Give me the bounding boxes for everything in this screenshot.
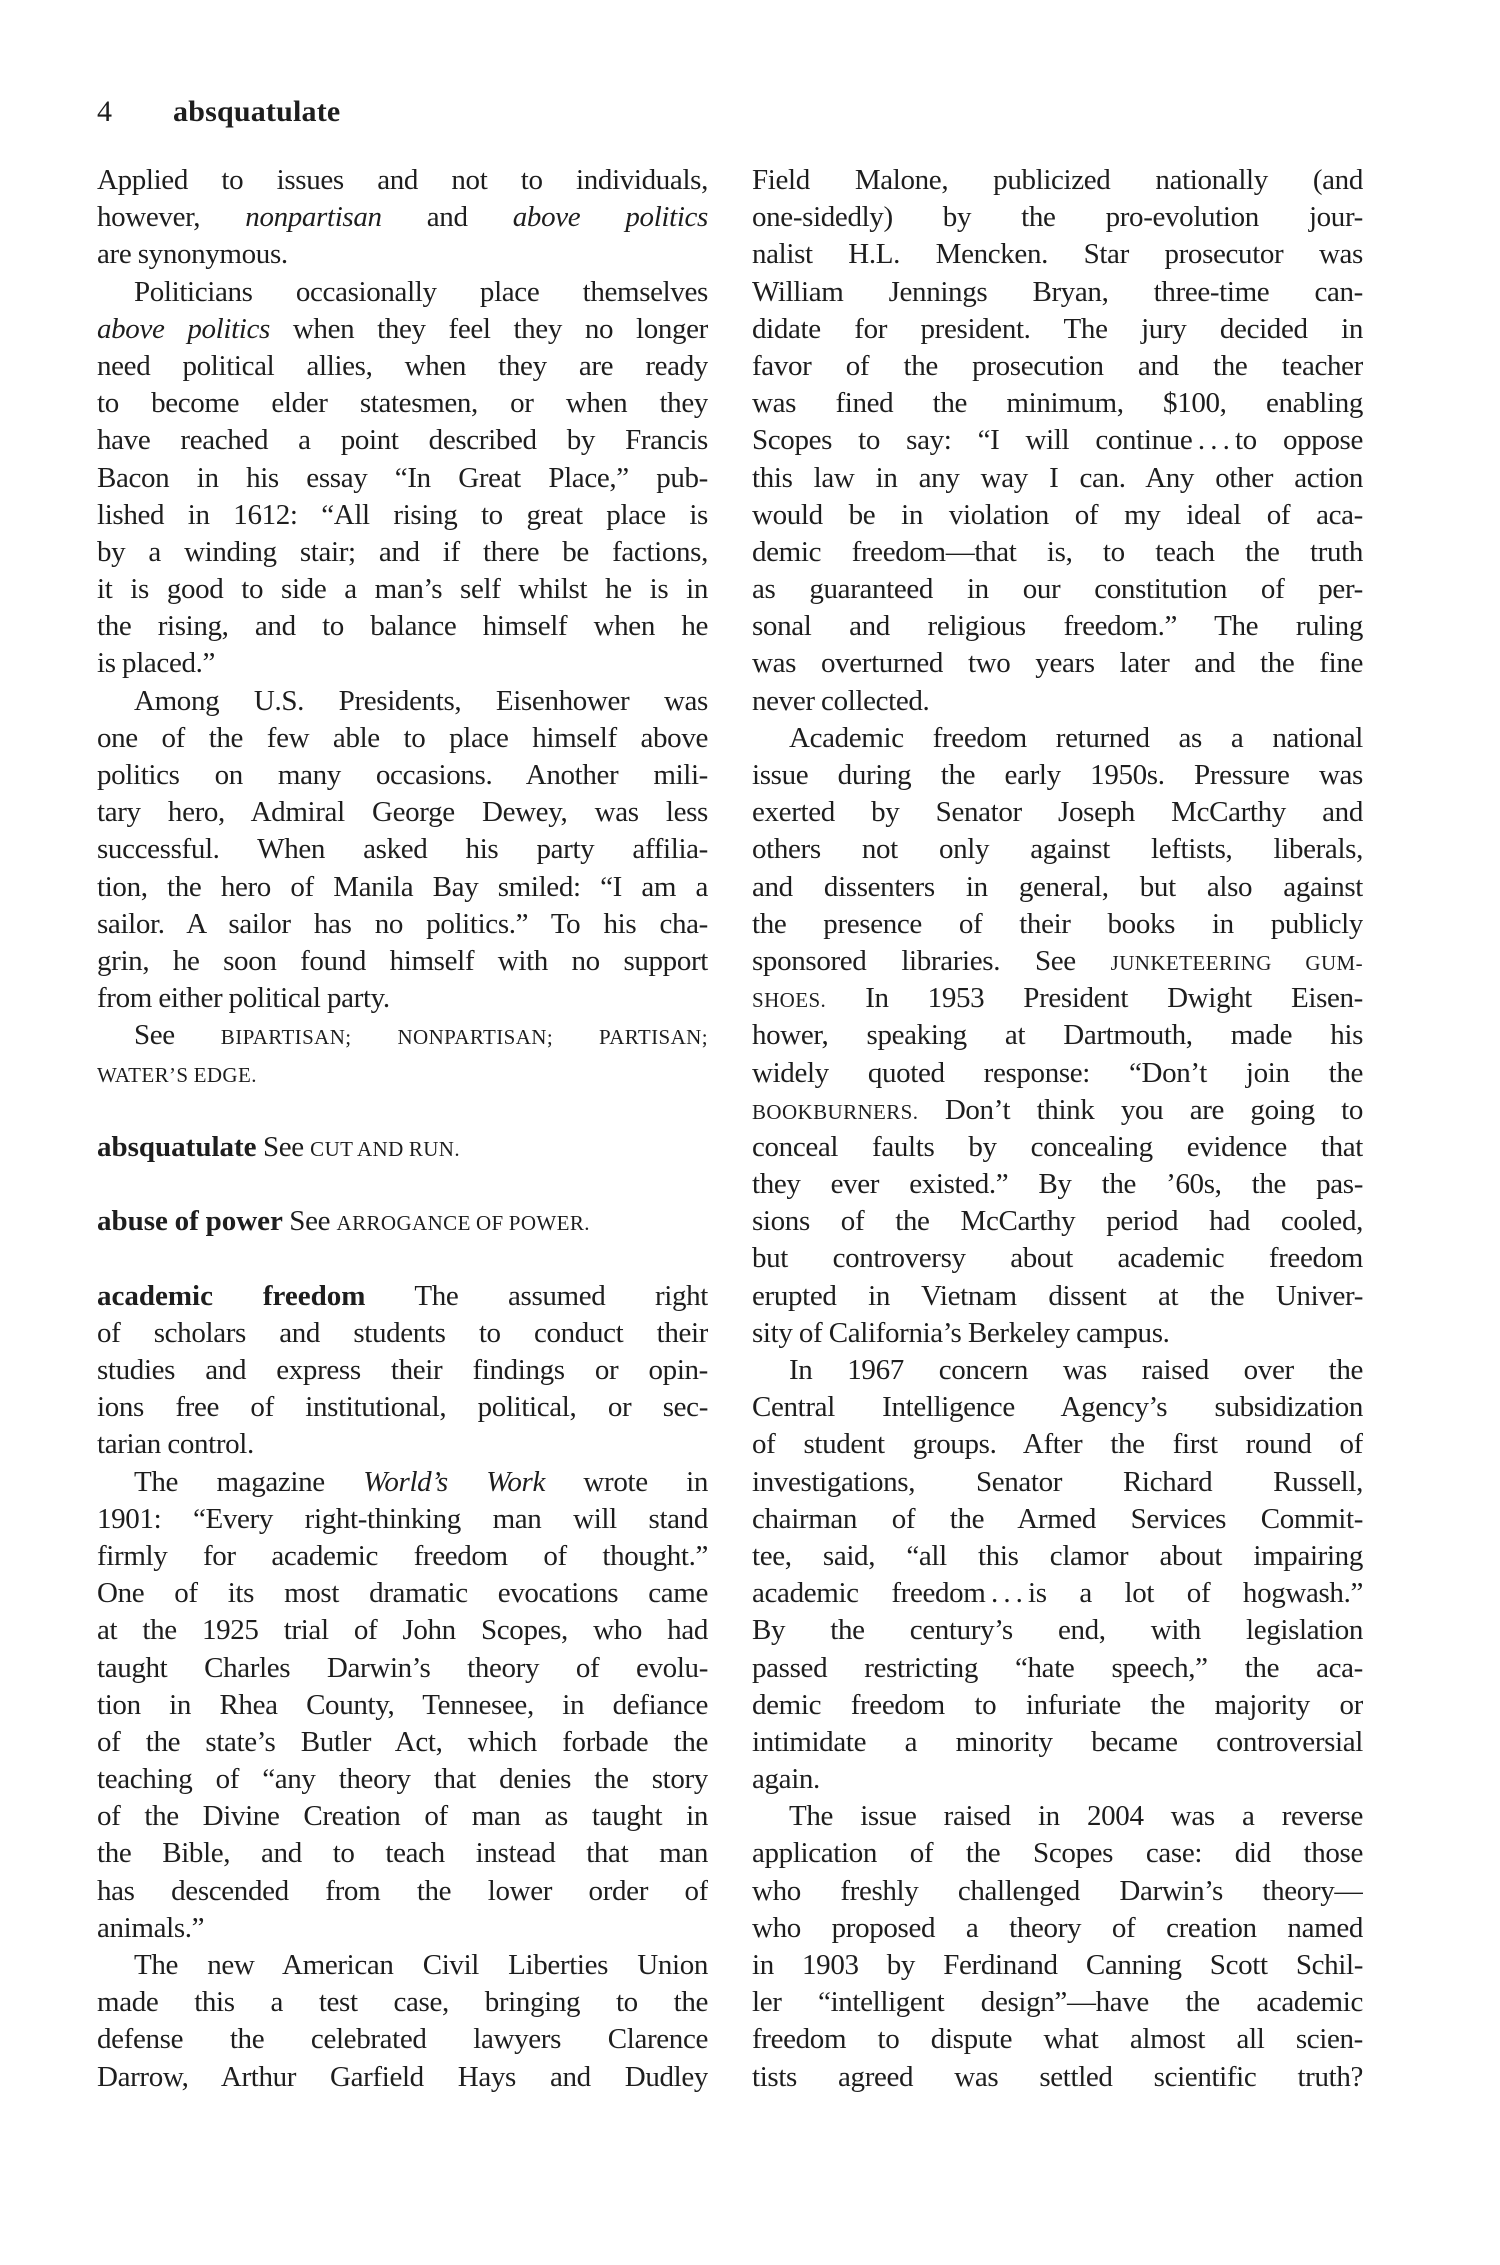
text-line: are synonymous. <box>97 236 708 273</box>
text-line: the rising, and to balance himself when … <box>97 608 708 645</box>
text-line: from either political party. <box>97 980 708 1017</box>
text-line: erupted in Vietnam dissent at the Univer… <box>752 1278 1363 1315</box>
text-run: the rising, and to balance himself when … <box>97 610 708 642</box>
text-line: freedom to dispute what almost all scien… <box>752 2021 1363 2058</box>
text-run: Darrow, Arthur Garfield Hays and Dudley <box>97 2061 708 2093</box>
text-run: has descended from the lower order of <box>97 1875 708 1907</box>
text-line: grin, he soon found himself with no supp… <box>97 943 708 980</box>
text-line: but controversy about academic freedom <box>752 1240 1363 1277</box>
text-line: successful. When asked his party affilia… <box>97 831 708 868</box>
text-line: 1901: “Every right-thinking man will sta… <box>97 1501 708 1538</box>
text-line: of student groups. After the first round… <box>752 1426 1363 1463</box>
text-run: sponsored libraries. See <box>752 945 1111 977</box>
text-run: demic freedom to infuriate the majority … <box>752 1689 1363 1721</box>
text-line: is placed.” <box>97 645 708 682</box>
entry-headword-line: abuse of power See arrogance of power. <box>97 1203 708 1240</box>
text-run: animals.” <box>97 1912 204 1944</box>
text-run: from either political party. <box>97 982 390 1014</box>
text-run: tary hero, Admiral George Dewey, was les… <box>97 796 708 828</box>
text-line: ler “intelligent design”—have the academ… <box>752 1984 1363 2021</box>
text-run: See <box>134 1019 221 1051</box>
text-line: however, nonpartisan and above politics <box>97 199 708 236</box>
text-run: Central Intelligence Agency’s subsidizat… <box>752 1391 1363 1423</box>
text-run: chairman of the Armed Services Commit- <box>752 1503 1363 1535</box>
text-line: again. <box>752 1761 1363 1798</box>
text-line: would be in violation of my ideal of aca… <box>752 497 1363 534</box>
italic-text: World’s Work <box>363 1466 545 1498</box>
entry-headword-line: academic freedom The assumed right <box>97 1278 708 1315</box>
text-run: See <box>283 1205 337 1237</box>
italic-text: above politics <box>513 201 708 233</box>
cross-reference: water’s edge. <box>97 1063 257 1087</box>
text-line: chairman of the Armed Services Commit- <box>752 1501 1363 1538</box>
text-run: Applied to issues and not to individuals… <box>97 164 708 196</box>
text-line: taught Charles Darwin’s theory of evolu- <box>97 1650 708 1687</box>
cross-reference: shoes. <box>752 988 826 1012</box>
text-line: teaching of “any theory that denies the … <box>97 1761 708 1798</box>
text-line: need political allies, when they are rea… <box>97 348 708 385</box>
text-run: of student groups. After the first round… <box>752 1428 1363 1460</box>
text-run <box>352 1019 398 1051</box>
text-run: to become elder statesmen, or when they <box>97 387 708 419</box>
text-line: academic freedom . . . is a lot of hogwa… <box>752 1575 1363 1612</box>
text-line: One of its most dramatic evocations came <box>97 1575 708 1612</box>
text-run: lished in 1612: “All rising to great pla… <box>97 499 708 531</box>
text-run: The new American Civil Liberties Union <box>134 1949 708 1981</box>
text-run: of the Divine Creation of man as taught … <box>97 1800 708 1832</box>
text-run: The issue raised in 2004 was a reverse <box>789 1800 1363 1832</box>
text-run: sailor. A sailor has no politics.” To hi… <box>97 908 708 940</box>
text-line: tists agreed was settled scientific trut… <box>752 2059 1363 2096</box>
text-run: tion, the hero of Manila Bay smiled: “I … <box>97 871 708 903</box>
text-line: one-sidedly) by the pro-evolution jour- <box>752 199 1363 236</box>
text-run: of scholars and students to conduct thei… <box>97 1317 708 1349</box>
text-line: as guaranteed in our constitution of per… <box>752 571 1363 608</box>
text-run: politics on many occasions. Another mili… <box>97 759 708 791</box>
text-run: sions of the McCarthy period had cooled, <box>752 1205 1363 1237</box>
text-line: Scopes to say: “I will continue . . . to… <box>752 422 1363 459</box>
text-line: shoes. In 1953 President Dwight Eisen- <box>752 980 1363 1017</box>
text-run: freedom to dispute what almost all scien… <box>752 2023 1363 2055</box>
text-line: this law in any way I can. Any other act… <box>752 460 1363 497</box>
text-line: and dissenters in general, but also agai… <box>752 869 1363 906</box>
text-run: taught Charles Darwin’s theory of evolu- <box>97 1652 708 1684</box>
text-line: others not only against leftists, libera… <box>752 831 1363 868</box>
text-line: defense the celebrated lawyers Clarence <box>97 2021 708 2058</box>
text-line: lished in 1612: “All rising to great pla… <box>97 497 708 534</box>
text-line: animals.” <box>97 1910 708 1947</box>
text-run: in 1903 by Ferdinand Canning Scott Schil… <box>752 1949 1363 1981</box>
text-line: See bipartisan; nonpartisan; partisan; <box>97 1017 708 1054</box>
blank-line <box>97 1240 708 1277</box>
cross-reference: nonpartisan; <box>397 1025 553 1049</box>
text-run: erupted in Vietnam dissent at the Univer… <box>752 1280 1363 1312</box>
text-line: Bacon in his essay “In Great Place,” pub… <box>97 460 708 497</box>
left-column: Applied to issues and not to individuals… <box>97 162 708 2096</box>
text-line: in 1903 by Ferdinand Canning Scott Schil… <box>752 1947 1363 1984</box>
text-run: tists agreed was settled scientific trut… <box>752 2061 1363 2093</box>
blank-line <box>97 1166 708 1203</box>
text-line: at the 1925 trial of John Scopes, who ha… <box>97 1612 708 1649</box>
text-run: and <box>382 201 513 233</box>
text-run: See <box>257 1131 311 1163</box>
text-line: The magazine World’s Work wrote in <box>97 1464 708 1501</box>
text-run: teaching of “any theory that denies the … <box>97 1763 708 1795</box>
text-line: who proposed a theory of creation named <box>752 1910 1363 1947</box>
text-line: of the state’s Butler Act, which forbade… <box>97 1724 708 1761</box>
text-run: made this a test case, bringing to the <box>97 1986 708 2018</box>
text-run: one of the few able to place himself abo… <box>97 722 708 754</box>
text-run: hower, speaking at Dartmouth, made his <box>752 1019 1363 1051</box>
text-run: wrote in <box>545 1466 708 1498</box>
text-run: defense the celebrated lawyers Clarence <box>97 2023 708 2055</box>
text-run: would be in violation of my ideal of aca… <box>752 499 1363 531</box>
text-run: The assumed right <box>365 1280 708 1312</box>
text-line: Darrow, Arthur Garfield Hays and Dudley <box>97 2059 708 2096</box>
text-run: favor of the prosecution and the teacher <box>752 350 1363 382</box>
text-line: the presence of their books in publicly <box>752 906 1363 943</box>
text-run: never collected. <box>752 685 929 717</box>
text-line: sponsored libraries. See junketeering gu… <box>752 943 1363 980</box>
text-run: when they feel they no longer <box>270 313 708 345</box>
text-line: tion in Rhea County, Tennesee, in defian… <box>97 1687 708 1724</box>
text-line: sions of the McCarthy period had cooled, <box>752 1203 1363 1240</box>
text-line: was fined the minimum, $100, enabling <box>752 385 1363 422</box>
text-run: tion in Rhea County, Tennesee, in defian… <box>97 1689 708 1721</box>
text-line: passed restricting “hate speech,” the ac… <box>752 1650 1363 1687</box>
entry-headword: abuse of power <box>97 1205 283 1237</box>
entry-headword: academic freedom <box>97 1280 365 1312</box>
text-run: Don’t think you are going to <box>918 1094 1363 1126</box>
text-run: Field Malone, publicized nationally (and <box>752 164 1363 196</box>
text-line: never collected. <box>752 683 1363 720</box>
text-run: exerted by Senator Joseph McCarthy and <box>752 796 1363 828</box>
text-run: One of its most dramatic evocations came <box>97 1577 708 1609</box>
cross-reference: partisan; <box>599 1025 708 1049</box>
right-column: Field Malone, publicized nationally (and… <box>752 162 1363 2096</box>
text-run: by a winding stair; and if there be fact… <box>97 536 708 568</box>
text-run: ions free of institutional, political, o… <box>97 1391 708 1423</box>
text-line: By the century’s end, with legislation <box>752 1612 1363 1649</box>
text-line: one of the few able to place himself abo… <box>97 720 708 757</box>
running-head: 4absquatulate <box>97 92 340 132</box>
text-line: issue during the early 1950s. Pressure w… <box>752 757 1363 794</box>
text-line: The issue raised in 2004 was a reverse <box>752 1798 1363 1835</box>
cross-reference: arrogance of power. <box>337 1211 590 1235</box>
text-run: firmly for academic freedom of thought.” <box>97 1540 708 1572</box>
text-line: tee, said, “all this clamor about impair… <box>752 1538 1363 1575</box>
text-line: Central Intelligence Agency’s subsidizat… <box>752 1389 1363 1426</box>
text-line: demic freedom—that is, to teach the trut… <box>752 534 1363 571</box>
text-line: The new American Civil Liberties Union <box>97 1947 708 1984</box>
text-line: In 1967 concern was raised over the <box>752 1352 1363 1389</box>
text-run: they ever existed.” By the ’60s, the pas… <box>752 1168 1363 1200</box>
text-line: water’s edge. <box>97 1055 708 1092</box>
text-line: sity of California’s Berkeley campus. <box>752 1315 1363 1352</box>
text-line: studies and express their findings or op… <box>97 1352 708 1389</box>
text-line: exerted by Senator Joseph McCarthy and <box>752 794 1363 831</box>
text-run: investigations, Senator Richard Russell, <box>752 1466 1363 1498</box>
text-run: have reached a point described by Franci… <box>97 424 708 456</box>
text-run: grin, he soon found himself with no supp… <box>97 945 708 977</box>
text-run: Among U.S. Presidents, Eisenhower was <box>134 685 708 717</box>
text-run: and dissenters in general, but also agai… <box>752 871 1363 903</box>
text-run: In 1953 President Dwight Eisen- <box>826 982 1363 1014</box>
cross-reference: bookburners. <box>752 1100 918 1124</box>
text-run: William Jennings Bryan, three-time can- <box>752 276 1363 308</box>
text-run: of the state’s Butler Act, which forbade… <box>97 1726 708 1758</box>
text-line: William Jennings Bryan, three-time can- <box>752 274 1363 311</box>
text-line: of the Divine Creation of man as taught … <box>97 1798 708 1835</box>
text-line: was overturned two years later and the f… <box>752 645 1363 682</box>
text-line: by a winding stair; and if there be fact… <box>97 534 708 571</box>
text-line: application of the Scopes case: did thos… <box>752 1835 1363 1872</box>
text-run: is placed.” <box>97 647 215 679</box>
text-run: the Bible, and to teach instead that man <box>97 1837 708 1869</box>
text-run: at the 1925 trial of John Scopes, who ha… <box>97 1614 708 1646</box>
text-run: however, <box>97 201 245 233</box>
text-run: sity of California’s Berkeley campus. <box>752 1317 1170 1349</box>
text-run: was overturned two years later and the f… <box>752 647 1363 679</box>
italic-text: nonpartisan <box>245 201 381 233</box>
text-run: need political allies, when they are rea… <box>97 350 708 382</box>
text-run: application of the Scopes case: did thos… <box>752 1837 1363 1869</box>
text-line: who freshly challenged Darwin’s theory— <box>752 1873 1363 1910</box>
text-run: passed restricting “hate speech,” the ac… <box>752 1652 1363 1684</box>
text-line: they ever existed.” By the ’60s, the pas… <box>752 1166 1363 1203</box>
text-line: have reached a point described by Franci… <box>97 422 708 459</box>
text-run: academic freedom . . . is a lot of hogwa… <box>752 1577 1363 1609</box>
text-run: one-sidedly) by the pro-evolution jour- <box>752 201 1363 233</box>
text-line: above politics when they feel they no lo… <box>97 311 708 348</box>
text-run: again. <box>752 1763 820 1795</box>
text-run: it is good to side a man’s self whilst h… <box>97 573 708 605</box>
text-run <box>553 1019 599 1051</box>
text-line: Applied to issues and not to individuals… <box>97 162 708 199</box>
text-line: of scholars and students to conduct thei… <box>97 1315 708 1352</box>
text-run: Politicians occasionally place themselve… <box>134 276 708 308</box>
text-run: By the century’s end, with legislation <box>752 1614 1363 1646</box>
entry-headword-line: absquatulate See cut and run. <box>97 1129 708 1166</box>
text-run: Bacon in his essay “In Great Place,” pub… <box>97 462 708 494</box>
text-run: who proposed a theory of creation named <box>752 1912 1363 1944</box>
text-line: tarian control. <box>97 1426 708 1463</box>
page-number: 4 <box>97 92 173 132</box>
text-run: as guaranteed in our constitution of per… <box>752 573 1363 605</box>
text-run: successful. When asked his party affilia… <box>97 833 708 865</box>
text-run: widely quoted response: “Don’t join the <box>752 1057 1363 1089</box>
text-line: hower, speaking at Dartmouth, made his <box>752 1017 1363 1054</box>
text-run: this law in any way I can. Any other act… <box>752 462 1363 494</box>
cross-reference: junketeering gum- <box>1111 951 1363 975</box>
cross-reference: bipartisan; <box>221 1025 352 1049</box>
text-run: In 1967 concern was raised over the <box>789 1354 1363 1386</box>
text-run: who freshly challenged Darwin’s theory— <box>752 1875 1363 1907</box>
text-run: the presence of their books in publicly <box>752 908 1363 940</box>
text-line: made this a test case, bringing to the <box>97 1984 708 2021</box>
text-line: sonal and religious freedom.” The ruling <box>752 608 1363 645</box>
text-line: intimidate a minority became controversi… <box>752 1724 1363 1761</box>
text-line: nalist H.L. Mencken. Star prosecutor was <box>752 236 1363 273</box>
text-run: 1901: “Every right-thinking man will sta… <box>97 1503 708 1535</box>
text-run: was fined the minimum, $100, enabling <box>752 387 1363 419</box>
text-run: conceal faults by concealing evidence th… <box>752 1131 1363 1163</box>
text-run: others not only against leftists, libera… <box>752 833 1363 865</box>
text-line: Academic freedom returned as a national <box>752 720 1363 757</box>
text-line: firmly for academic freedom of thought.” <box>97 1538 708 1575</box>
text-run: tee, said, “all this clamor about impair… <box>752 1540 1363 1572</box>
cross-reference: cut and run. <box>310 1137 460 1161</box>
text-line: investigations, Senator Richard Russell, <box>752 1464 1363 1501</box>
running-head-word: absquatulate <box>173 95 340 128</box>
text-run: didate for president. The jury decided i… <box>752 313 1363 345</box>
text-line: tary hero, Admiral George Dewey, was les… <box>97 794 708 831</box>
blank-line <box>97 1092 708 1129</box>
entry-headword: absquatulate <box>97 1131 257 1163</box>
text-line: Among U.S. Presidents, Eisenhower was <box>97 683 708 720</box>
text-run: ler “intelligent design”—have the academ… <box>752 1986 1363 2018</box>
italic-text: above politics <box>97 313 270 345</box>
text-run: intimidate a minority became controversi… <box>752 1726 1363 1758</box>
text-line: tion, the hero of Manila Bay smiled: “I … <box>97 869 708 906</box>
text-line: sailor. A sailor has no politics.” To hi… <box>97 906 708 943</box>
text-line: demic freedom to infuriate the majority … <box>752 1687 1363 1724</box>
text-run: issue during the early 1950s. Pressure w… <box>752 759 1363 791</box>
text-run: but controversy about academic freedom <box>752 1242 1363 1274</box>
text-run: tarian control. <box>97 1428 254 1460</box>
text-line: it is good to side a man’s self whilst h… <box>97 571 708 608</box>
text-line: bookburners. Don’t think you are going t… <box>752 1092 1363 1129</box>
text-line: ions free of institutional, political, o… <box>97 1389 708 1426</box>
text-run: demic freedom—that is, to teach the trut… <box>752 536 1363 568</box>
text-run: The magazine <box>134 1466 363 1498</box>
text-run: nalist H.L. Mencken. Star prosecutor was <box>752 238 1363 270</box>
text-line: Politicians occasionally place themselve… <box>97 274 708 311</box>
text-line: didate for president. The jury decided i… <box>752 311 1363 348</box>
text-line: widely quoted response: “Don’t join the <box>752 1055 1363 1092</box>
text-line: conceal faults by concealing evidence th… <box>752 1129 1363 1166</box>
text-line: favor of the prosecution and the teacher <box>752 348 1363 385</box>
text-line: to become elder statesmen, or when they <box>97 385 708 422</box>
text-line: the Bible, and to teach instead that man <box>97 1835 708 1872</box>
text-line: Field Malone, publicized nationally (and <box>752 162 1363 199</box>
text-run: are synonymous. <box>97 238 288 270</box>
text-run: Scopes to say: “I will continue . . . to… <box>752 424 1363 456</box>
text-run: studies and express their findings or op… <box>97 1354 708 1386</box>
text-line: politics on many occasions. Another mili… <box>97 757 708 794</box>
text-line: has descended from the lower order of <box>97 1873 708 1910</box>
text-run: Academic freedom returned as a national <box>789 722 1363 754</box>
text-run: sonal and religious freedom.” The ruling <box>752 610 1363 642</box>
